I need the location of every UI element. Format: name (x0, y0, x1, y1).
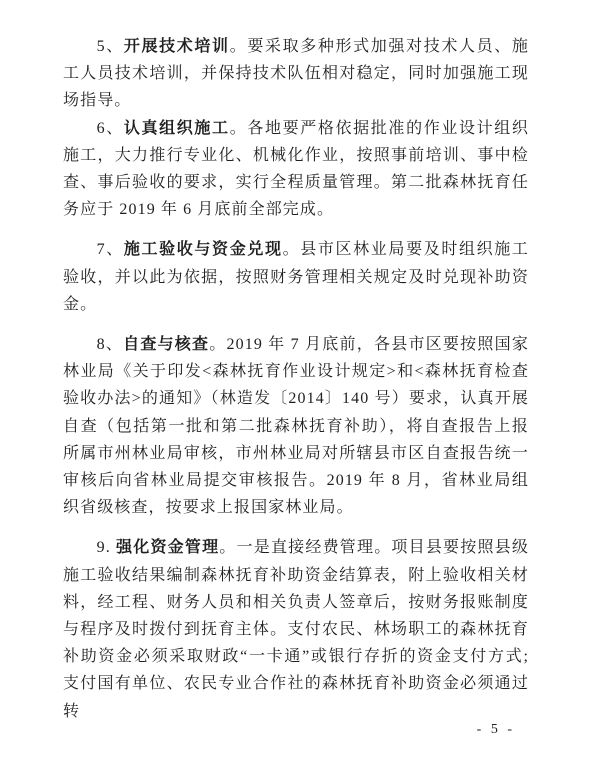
paragraph-9: 9. 强化资金管理。一是直接经费管理。项目县要按照县级施工验收结果编制森林抚育补… (63, 534, 529, 724)
paragraph-5: 5、开展技术培训。要采取多种形式加强对技术人员、施工人员技术培训，并保持技术队伍… (63, 33, 529, 115)
paragraph-separator: 。 (209, 336, 226, 353)
paragraph-number: 5、 (97, 38, 124, 55)
paragraph-number: 8、 (97, 336, 123, 353)
paragraph-number: 9. (97, 539, 116, 556)
page-number: - 5 - (477, 722, 515, 738)
paragraph-7: 7、施工验收与资金兑现。县市区林业局要及时组织施工验收，并以此为依据，按照财务管… (63, 236, 529, 318)
paragraph-number: 7、 (97, 241, 124, 258)
paragraph-separator: 。 (219, 539, 236, 556)
paragraph-separator: 。 (230, 38, 248, 55)
document-page: 5、开展技术培训。要采取多种形式加强对技术人员、施工人员技术培训，并保持技术队伍… (0, 0, 591, 764)
paragraph-6: 6、认真组织施工。各地要严格依据批准的作业设计组织施工，大力推行专业化、机械化作… (63, 115, 529, 224)
paragraph-number: 6、 (97, 120, 124, 137)
paragraph-heading: 自查与核查 (123, 336, 209, 353)
paragraph-heading: 开展技术培训 (124, 38, 230, 55)
paragraph-heading: 施工验收与资金兑现 (124, 241, 283, 258)
paragraph-separator: 。 (230, 120, 248, 137)
paragraph-body: 一是直接经费管理。项目县要按照县级施工验收结果编制森林抚育补助资金结算表，附上验… (63, 539, 529, 719)
paragraph-8: 8、自查与核查。2019 年 7 月底前，各县市区要按照国家林业局《关于印发<森… (63, 331, 529, 521)
paragraph-separator: 。 (283, 241, 301, 258)
paragraph-heading: 认真组织施工 (124, 120, 230, 137)
paragraph-body: 2019 年 7 月底前，各县市区要按照国家林业局《关于印发<森林抚育作业设计规… (63, 336, 529, 516)
document-body: 5、开展技术培训。要采取多种形式加强对技术人员、施工人员技术培训，并保持技术队伍… (63, 33, 529, 725)
paragraph-heading: 强化资金管理 (116, 539, 219, 556)
